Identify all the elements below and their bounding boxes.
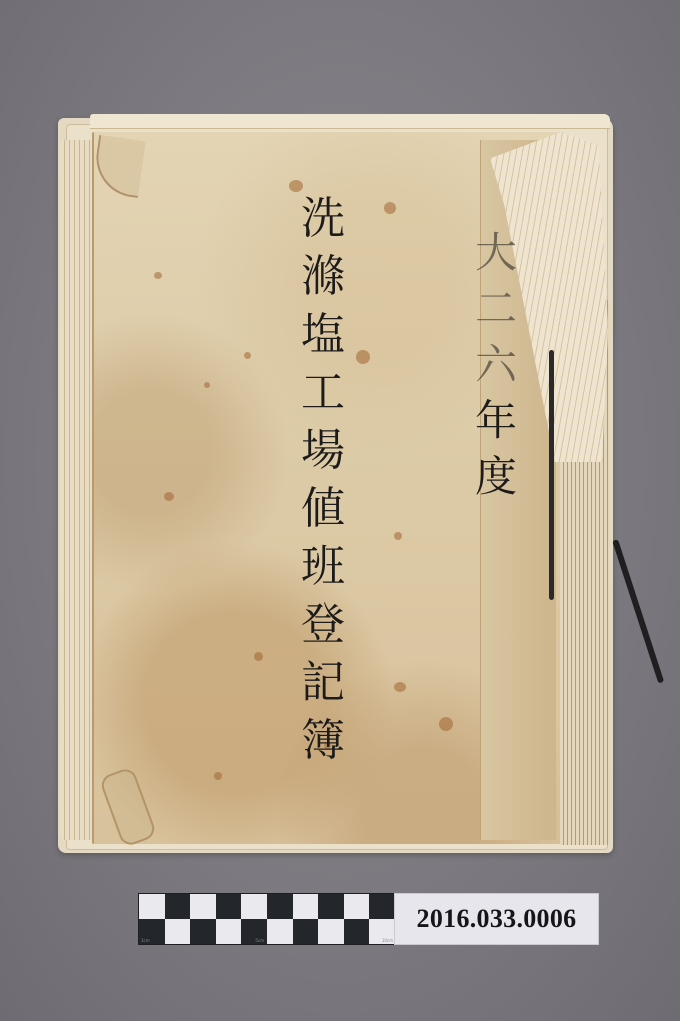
- title-char: 塩: [301, 306, 345, 364]
- year-char: 年: [475, 393, 517, 449]
- stain-spot: [384, 202, 396, 214]
- stain-spot: [164, 492, 174, 501]
- year-char: 大: [475, 225, 517, 281]
- scale-square-white: [293, 894, 319, 919]
- stain-spot: [394, 532, 402, 540]
- year-char: 六: [475, 337, 517, 393]
- scale-label: 10cm: [382, 938, 393, 943]
- title-char: 簿: [301, 712, 345, 770]
- stain-spot: [244, 352, 251, 359]
- title-char: 場: [301, 422, 345, 480]
- title-char: 滌: [301, 248, 345, 306]
- title-char: 値: [301, 480, 345, 538]
- year-char: 二: [475, 281, 517, 337]
- scale-square-white: [165, 919, 191, 944]
- photo-stage: 洗 滌 塩 工 場 値 班 登 記 簿 大 二 六 年 度 1cm 5cm: [0, 0, 680, 1021]
- document-top-edge: [90, 114, 610, 129]
- scale-square-white: [139, 894, 165, 919]
- scale-bar: 1cm 5cm 10cm: [138, 893, 396, 945]
- title-char: 記: [301, 654, 345, 712]
- scale-square-black: [293, 919, 319, 944]
- scale-square-black: [267, 894, 293, 919]
- stain-spot: [439, 717, 453, 731]
- scale-square-black: [216, 894, 242, 919]
- hanging-cord: [612, 539, 664, 684]
- scale-square-black: [369, 894, 395, 919]
- scale-label: 5cm: [255, 938, 264, 943]
- stain-spot: [254, 652, 263, 661]
- year-char: 度: [475, 449, 517, 505]
- title-char: 工: [301, 364, 345, 422]
- scale-square-white: [267, 919, 293, 944]
- stain-spot: [204, 382, 210, 388]
- handwritten-title: 洗 滌 塩 工 場 値 班 登 記 簿: [288, 190, 358, 770]
- scale-square-black: [318, 894, 344, 919]
- scale-square-black: 5cm: [241, 919, 267, 944]
- stain-spot: [214, 772, 222, 780]
- scale-square-black: [165, 894, 191, 919]
- handwritten-year: 大 二 六 年 度: [466, 225, 526, 505]
- title-char: 班: [301, 538, 345, 596]
- scale-square-black: [344, 919, 370, 944]
- accession-number-label: 2016.033.0006: [394, 893, 599, 945]
- scale-square-white: [190, 894, 216, 919]
- scale-square-white: 10cm: [369, 919, 395, 944]
- scale-square-black: 1cm: [139, 919, 165, 944]
- scale-square-white: [344, 894, 370, 919]
- binding-cord: [549, 350, 554, 600]
- scale-square-white: [216, 919, 242, 944]
- scale-square-white: [241, 894, 267, 919]
- scale-square-black: [190, 919, 216, 944]
- title-char: 洗: [301, 190, 345, 248]
- stain-spot: [394, 682, 406, 692]
- stain-spot: [154, 272, 162, 279]
- stain-spot: [356, 350, 370, 364]
- scale-label: 1cm: [141, 938, 150, 943]
- scale-square-white: [318, 919, 344, 944]
- left-page-edges: [60, 140, 92, 840]
- title-char: 登: [301, 596, 345, 654]
